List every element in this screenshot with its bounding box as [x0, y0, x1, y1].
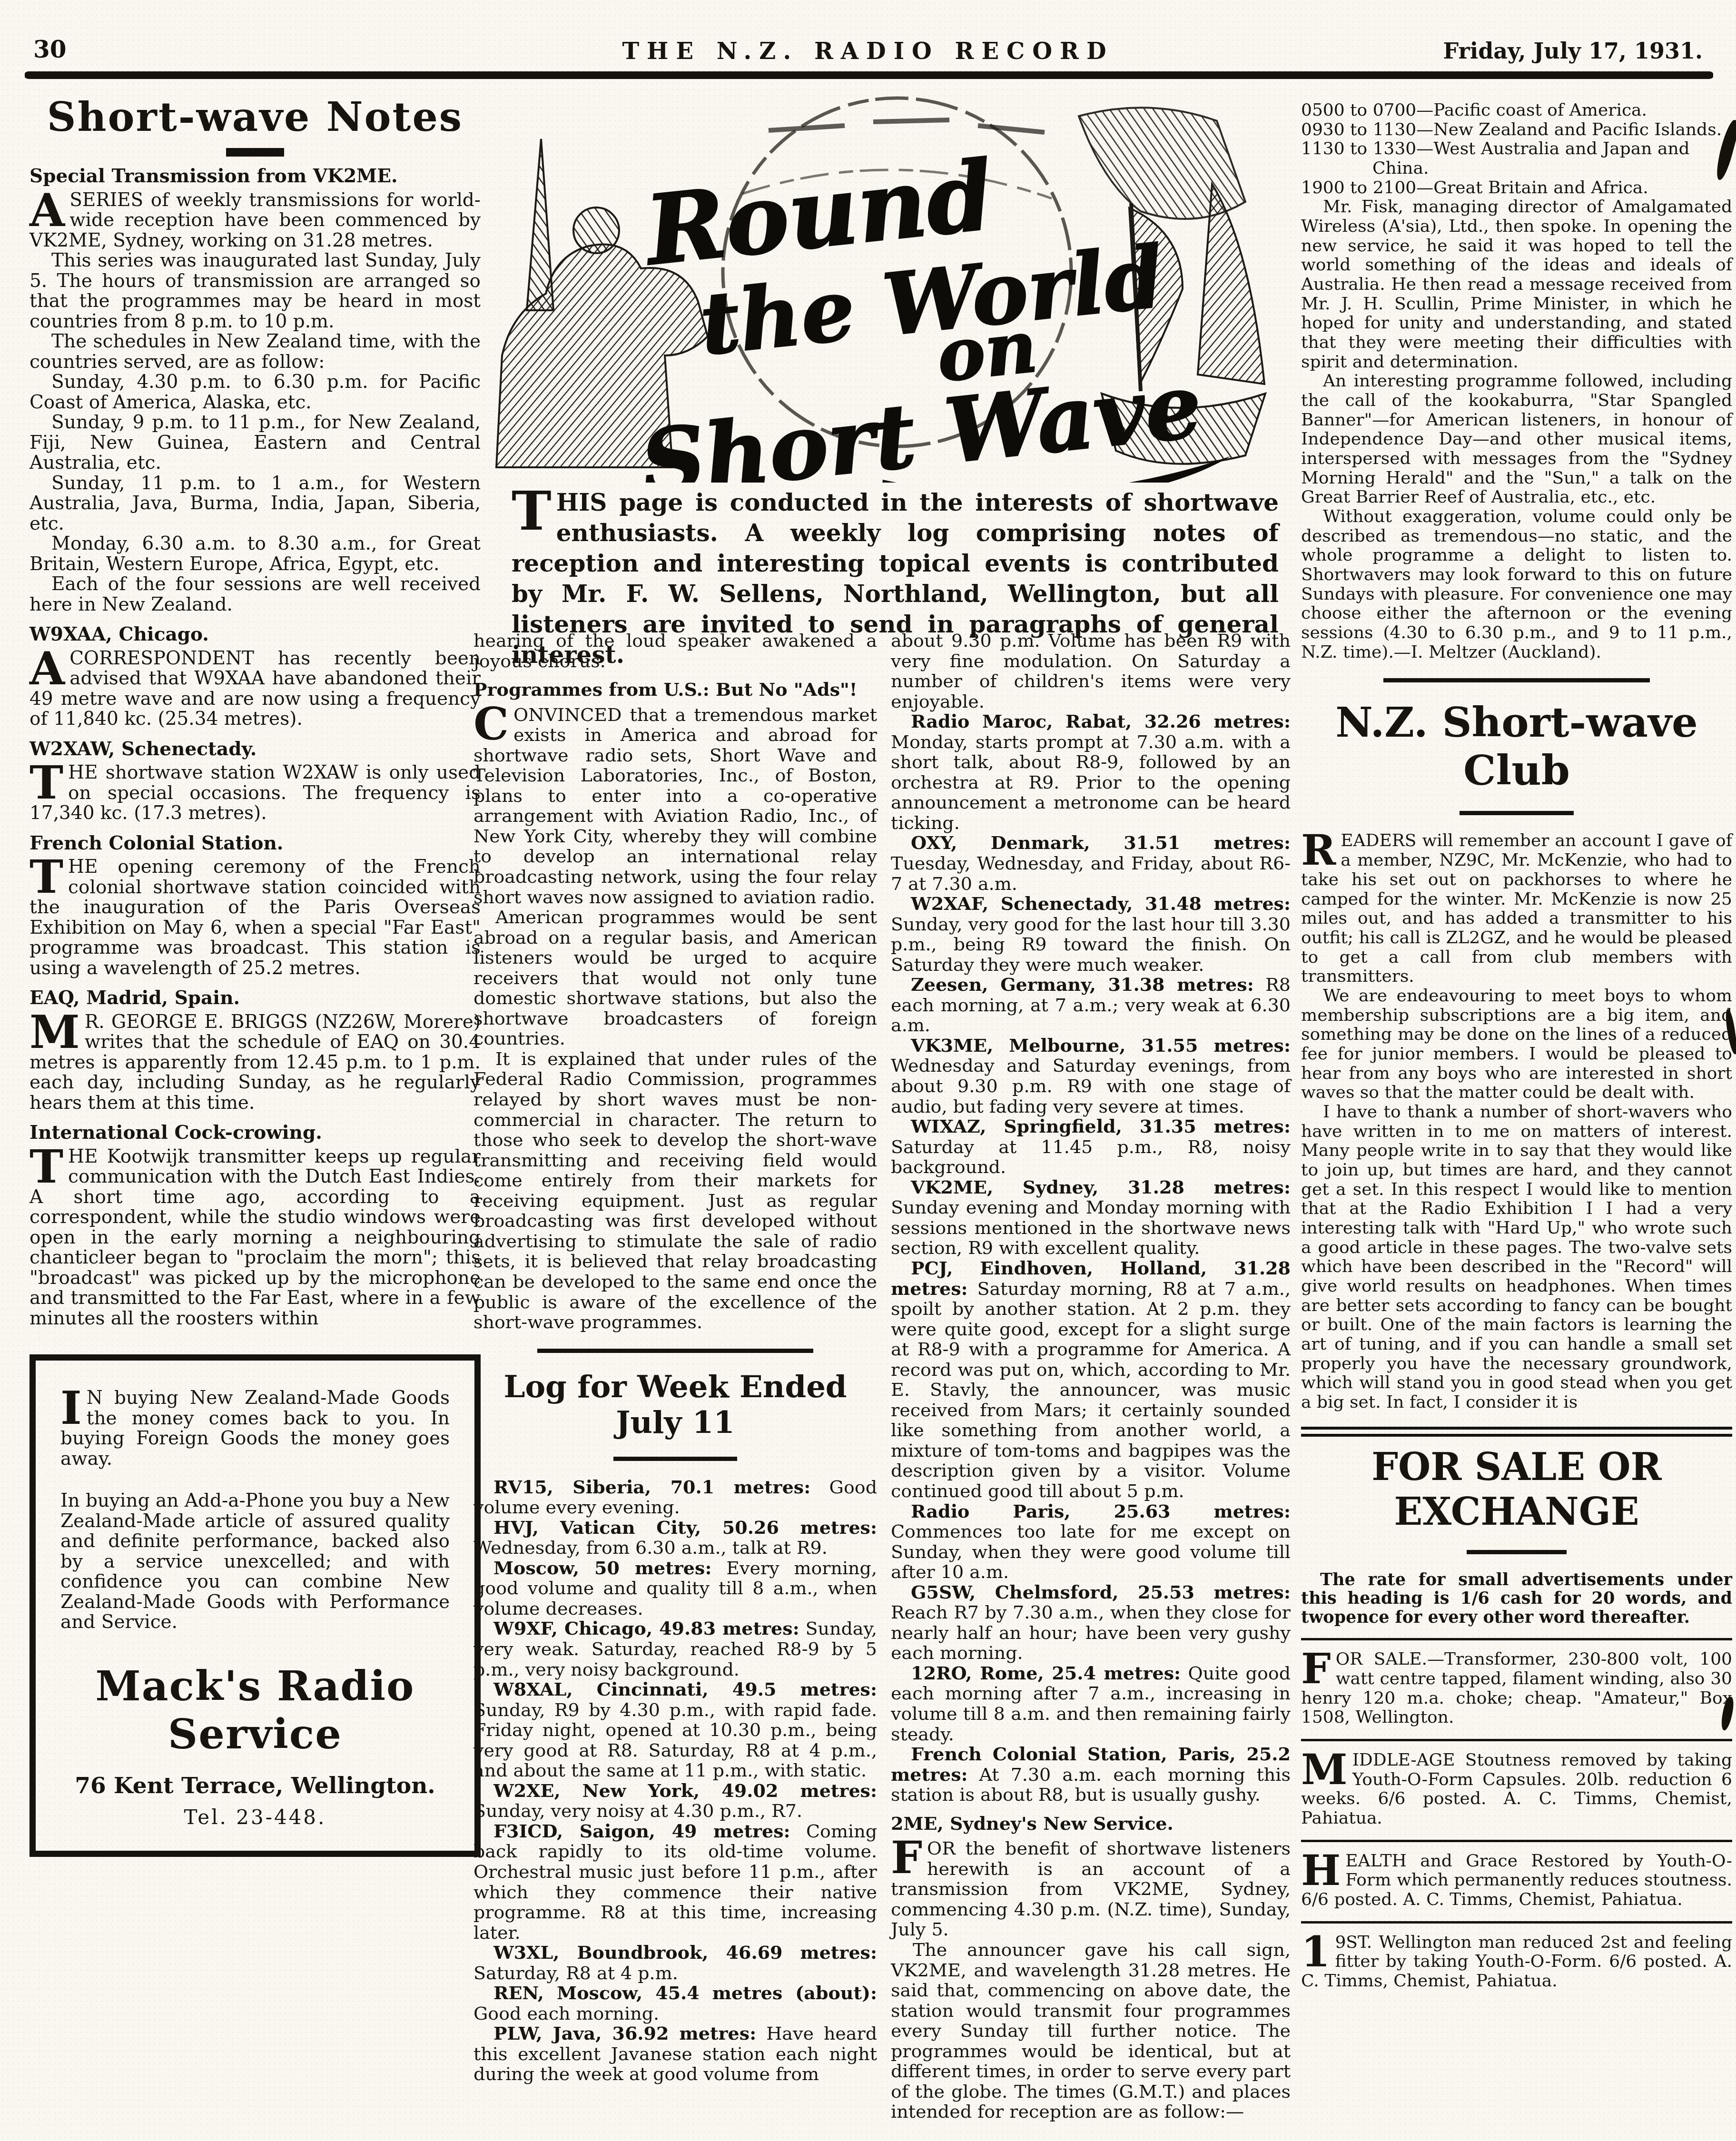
entry-text: Commences too late for me except on Sund… — [891, 1521, 1291, 1582]
subsection-title-2me: 2ME, Sydney's New Service. — [891, 1814, 1291, 1834]
station-lead: Radio Maroc, Rabat, 32.26 metres: — [911, 710, 1291, 732]
schedule-line: Sunday, 9 p.m. to 11 p.m., for New Zeala… — [30, 413, 481, 474]
classified-divider — [1301, 1739, 1732, 1741]
log-entry: French Colonial Station, Paris, 25.2 met… — [891, 1744, 1291, 1805]
log-heading: Log for Week Ended July 11 — [473, 1369, 877, 1440]
newspaper-page: { "colors": { "ink": "#15130e", "paper":… — [0, 0, 1736, 2141]
station-lead: WIXAZ, Springfield, 31.35 metres: — [911, 1115, 1291, 1137]
advertiser-phone: Tel. 23-448. — [60, 1806, 450, 1829]
paragraph: An interesting programme followed, inclu… — [1301, 372, 1732, 507]
classified-divider — [1301, 1840, 1732, 1842]
divider-rule — [1383, 678, 1650, 682]
log-entry: W3XL, Boundbrook, 46.69 metres: Saturday… — [473, 1943, 877, 1983]
log-entry: PCJ, Eindhoven, Holland, 31.28 metres: S… — [891, 1258, 1291, 1501]
classified-ad: MIDDLE-AGE Stoutness removed by taking Y… — [1301, 1751, 1732, 1828]
station-lead: RV15, Siberia, 70.1 metres: — [493, 1476, 810, 1498]
entry-text: Monday, starts prompt at 7.30 a.m. with … — [891, 731, 1291, 833]
classifieds-rate-note: The rate for small advertisements under … — [1301, 1570, 1732, 1627]
heading-bar — [226, 148, 284, 157]
station-lead: W2XE, New York, 49.02 metres: — [493, 1780, 877, 1801]
paragraph: It is explained that under rules of the … — [473, 1049, 877, 1332]
log-entry: G5SW, Chelmsford, 25.53 metres: Reach R7… — [891, 1582, 1291, 1663]
log-entry: Zeesen, Germany, 31.38 metres: R8 each m… — [891, 975, 1291, 1036]
column-three: about 9.30 p.m. Volume has been R9 with … — [891, 631, 1291, 2122]
subsection-title: French Colonial Station. — [30, 833, 481, 854]
log-entry: W8XAL, Cincinnati, 49.5 metres: Sunday, … — [473, 1679, 877, 1781]
paragraph: This series was inaugurated last Sunday,… — [30, 251, 481, 332]
station-lead: W8XAL, Cincinnati, 49.5 metres: — [493, 1678, 877, 1700]
paragraph: The announcer gave his call sign, VK2ME,… — [891, 1940, 1291, 2122]
paragraph: Without exaggeration, volume could only … — [1301, 507, 1732, 662]
classified-ad: HEALTH and Grace Restored by Youth-O-For… — [1301, 1852, 1732, 1910]
station-lead: Radio Paris, 25.63 metres: — [911, 1500, 1291, 1522]
entry-text: Good each morning. — [473, 2003, 659, 2024]
log-entry: W2XAF, Schenectady, 31.48 metres: Sunday… — [891, 894, 1291, 975]
entry-text: Reach R7 by 7.30 a.m., when they close f… — [891, 1602, 1291, 1663]
macks-radio-service-ad: IN buying New Zealand-Made Goods the mon… — [30, 1354, 481, 1857]
paragraph: THE opening ceremony of the French colon… — [30, 857, 481, 978]
entry-text: Tuesday, Wednesday, and Friday, about R6… — [891, 853, 1291, 894]
section-heading-shortwave-notes: Short-wave Notes — [30, 93, 481, 140]
paragraph: THE Kootwijk transmitter keeps up regula… — [30, 1147, 481, 1329]
column-shortwave-notes: Short-wave Notes Special Transmission fr… — [30, 93, 481, 1857]
continuation-text: hearing of the loud speaker awakened a j… — [473, 631, 877, 671]
paragraph: THE shortwave station W2XAW is only used… — [30, 763, 481, 824]
paragraph: A SERIES of weekly transmissions for wor… — [30, 190, 481, 251]
classified-ad: FOR SALE.—Transformer, 230-800 volt, 100… — [1301, 1650, 1732, 1727]
column-four: 0500 to 0700—Pacific coast of America. 0… — [1301, 101, 1732, 1991]
log-entry: Radio Maroc, Rabat, 32.26 metres: Monday… — [891, 711, 1291, 833]
entry-text: Saturday, R8 at 4 p.m. — [473, 1963, 678, 1983]
paragraph: MR. GEORGE E. BRIGGS (NZ26W, Morere) wri… — [30, 1012, 481, 1114]
divider-rule — [613, 1457, 737, 1461]
paragraph: I have to thank a number of short-wavers… — [1301, 1103, 1732, 1412]
station-lead: W3XL, Boundbrook, 46.69 metres: — [493, 1942, 877, 1963]
gmt-schedule-line: 1130 to 1330—West Australia and Japan an… — [1301, 139, 1732, 178]
subsection-title: W9XAA, Chicago. — [30, 624, 481, 645]
divider-rule — [1460, 811, 1574, 815]
station-lead: F3ICD, Saigon, 49 metres: — [493, 1820, 790, 1842]
issue-date: Friday, July 17, 1931. — [1443, 38, 1703, 64]
column-two: hearing of the loud speaker awakened a j… — [473, 631, 877, 2084]
station-lead: VK3ME, Melbourne, 31.55 metres: — [911, 1035, 1291, 1056]
subsection-title-us-programmes: Programmes from U.S.: But No "Ads"! — [473, 680, 877, 700]
schedule-line: Monday, 6.30 a.m. to 8.30 a.m., for Grea… — [30, 534, 481, 574]
log-entry: VK3ME, Melbourne, 31.55 metres: Wednesda… — [891, 1036, 1291, 1116]
divider-rule — [537, 1349, 813, 1353]
paragraph: We are endeavouring to meet boys to whom… — [1301, 987, 1732, 1103]
ad-paragraph: IN buying New Zealand-Made Goods the mon… — [60, 1388, 450, 1469]
log-entry: 12RO, Rome, 25.4 metres: Quite good each… — [891, 1663, 1291, 1744]
section-french-colonial: French Colonial Station. THE opening cer… — [30, 833, 481, 979]
station-lead: REN, Moscow, 45.4 metres (about): — [493, 1982, 877, 2003]
ad-paragraph: In buying an Add-a-Phone you buy a New Z… — [60, 1491, 450, 1633]
station-lead: Moscow, 50 metres: — [493, 1557, 711, 1579]
paragraph: CONVINCED that a tremendous market exist… — [473, 705, 877, 907]
entry-text: Saturday morning, R8 at 7 a.m., spoilt b… — [891, 1278, 1291, 1501]
divider-rule — [1467, 1550, 1567, 1554]
log-entry: HVJ, Vatican City, 50.26 metres: Wednesd… — [473, 1518, 877, 1558]
paragraph: FOR the benefit of shortwave listeners h… — [891, 1838, 1291, 1940]
entry-text: Sunday, R9 by 4.30 p.m., with rapid fade… — [473, 1699, 877, 1781]
gmt-schedule-line: 0500 to 0700—Pacific coast of America. — [1301, 101, 1732, 120]
entry-text: Sunday evening and Monday morning with s… — [891, 1197, 1291, 1258]
log-entry: F3ICD, Saigon, 49 metres: Coming back ra… — [473, 1821, 877, 1943]
log-entry: PLW, Java, 36.92 metres: Have heard this… — [473, 2023, 877, 2084]
log-entry: W2XE, New York, 49.02 metres: Sunday, ve… — [473, 1781, 877, 1821]
gmt-schedule-line: 1900 to 2100—Great Britain and Africa. — [1301, 178, 1732, 198]
paragraph: Each of the four sessions are well recei… — [30, 574, 481, 615]
advertiser-name: Mack's Radio Service — [60, 1662, 450, 1758]
section-w2xaw: W2XAW, Schenectady. THE shortwave statio… — [30, 739, 481, 824]
section-special-transmission: Special Transmission from VK2ME. A SERIE… — [30, 166, 481, 615]
advertiser-address: 76 Kent Terrace, Wellington. — [60, 1773, 450, 1799]
entry-text: Sunday, very good for the last hour till… — [891, 914, 1291, 975]
classified-ad: 19ST. Wellington man reduced 2st and fee… — [1301, 1933, 1732, 1991]
entry-text: Wednesday and Saturday evenings, from ab… — [891, 1055, 1291, 1116]
paragraph: A CORRESPONDENT has recently been advise… — [30, 649, 481, 730]
section-w9xaa: W9XAA, Chicago. A CORRESPONDENT has rece… — [30, 624, 481, 730]
station-lead: HVJ, Vatican City, 50.26 metres: — [493, 1517, 877, 1538]
station-lead: 12RO, Rome, 25.4 metres: — [911, 1662, 1181, 1684]
station-lead: PLW, Java, 36.92 metres: — [493, 2023, 756, 2044]
header-rule — [25, 71, 1713, 79]
station-lead: W9XF, Chicago, 49.83 metres: — [493, 1618, 799, 1639]
schedule-line: Sunday, 4.30 p.m. to 6.30 p.m. for Pacif… — [30, 372, 481, 413]
masthead-illustration: Round the World on Short Wave — [483, 87, 1287, 483]
schedule-line: Sunday, 11 p.m. to 1 a.m., for Western A… — [30, 474, 481, 534]
station-lead: W2XAF, Schenectady, 31.48 metres: — [911, 893, 1291, 914]
paragraph: The schedules in New Zealand time, with … — [30, 332, 481, 372]
paragraph: READERS will remember an account I gave … — [1301, 831, 1732, 986]
log-entry: Radio Paris, 25.63 metres: Commences too… — [891, 1501, 1291, 1582]
subsection-title: International Cock-crowing. — [30, 1123, 481, 1143]
gmt-schedule-line: 0930 to 1130—New Zealand and Pacific Isl… — [1301, 120, 1732, 140]
continuation-text: about 9.30 p.m. Volume has been R9 with … — [891, 631, 1291, 711]
section-cock-crowing: International Cock-crowing. THE Kootwijk… — [30, 1123, 481, 1329]
section-eaq-madrid: EAQ, Madrid, Spain. MR. GEORGE E. BRIGGS… — [30, 988, 481, 1113]
subsection-title: EAQ, Madrid, Spain. — [30, 988, 481, 1008]
log-entry: OXY, Denmark, 31.51 metres: Tuesday, Wed… — [891, 833, 1291, 894]
station-lead: Zeesen, Germany, 31.38 metres: — [911, 974, 1254, 995]
club-heading: N.Z. Short-wave Club — [1301, 699, 1732, 795]
subsection-title: W2XAW, Schenectady. — [30, 739, 481, 760]
station-lead: VK2ME, Sydney, 31.28 metres: — [911, 1176, 1291, 1198]
station-lead: G5SW, Chelmsford, 25.53 metres: — [911, 1581, 1291, 1603]
log-entry: W9XF, Chicago, 49.83 metres: Sunday, ver… — [473, 1618, 877, 1679]
classifieds-heading: FOR SALE OR EXCHANGE — [1305, 1444, 1728, 1534]
operator-head — [573, 207, 619, 253]
log-entry: RV15, Siberia, 70.1 metres: Good volume … — [473, 1477, 877, 1518]
classified-divider — [1301, 1921, 1732, 1924]
log-entry: WIXAZ, Springfield, 31.35 metres: Saturd… — [891, 1116, 1291, 1177]
entry-text: Wednesday, from 6.30 a.m., talk at R9. — [473, 1537, 828, 1558]
double-rule — [1301, 1427, 1732, 1437]
entry-text: Sunday, very noisy at 4.30 p.m., R7. — [473, 1800, 802, 1821]
paragraph: American programmes would be sent abroad… — [473, 907, 877, 1049]
entry-text: Saturday at 11.45 p.m., R8, noisy backgr… — [891, 1136, 1291, 1178]
classified-divider — [1301, 1638, 1732, 1640]
log-entry: Moscow, 50 metres: Every morning, good v… — [473, 1558, 877, 1619]
station-lead: OXY, Denmark, 31.51 metres: — [911, 832, 1291, 853]
paragraph: Mr. Fisk, managing director of Amalgamat… — [1301, 197, 1732, 372]
subsection-title: Special Transmission from VK2ME. — [30, 166, 481, 187]
log-entry: VK2ME, Sydney, 31.28 metres: Sunday even… — [891, 1177, 1291, 1258]
log-entry: REN, Moscow, 45.4 metres (about): Good e… — [473, 1983, 877, 2023]
